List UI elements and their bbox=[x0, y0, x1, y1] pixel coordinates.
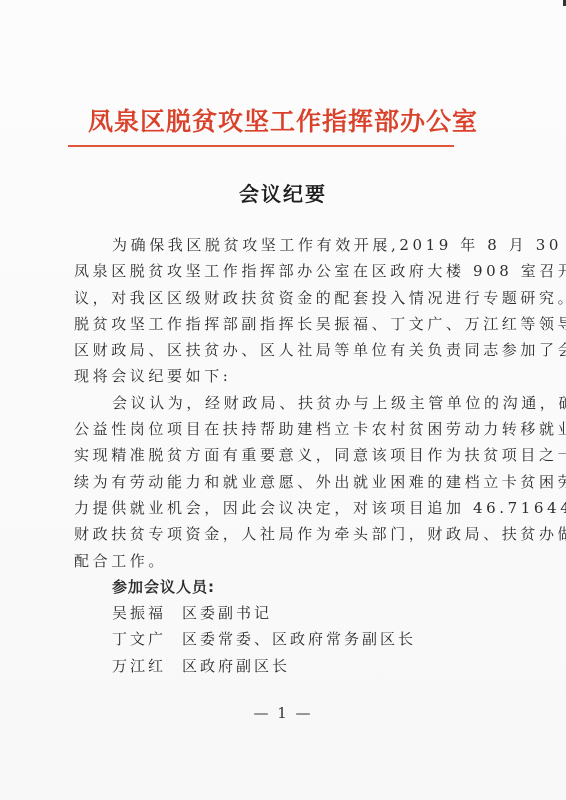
document-page: 凤泉区脱贫攻坚工作指挥部办公室 会议纪要 为确保我区脱贫攻坚工作有效开展,201… bbox=[0, 0, 566, 800]
attendee-row: 丁文广 区委常委、区政府常务副区长 bbox=[74, 626, 494, 652]
attendee-name: 万江红 bbox=[112, 653, 182, 679]
attendee-role: 区委常委、区政府常务副区长 bbox=[182, 626, 416, 652]
body-line: 财政扶贫专项资金，人社局作为牵头部门，财政局、扶贫办做好 bbox=[74, 521, 494, 547]
page-number: — 1 — bbox=[0, 704, 566, 722]
attendee-row: 吴振福 区委副书记 bbox=[74, 600, 494, 626]
attendee-role: 区委副书记 bbox=[182, 600, 272, 626]
attendees-label: 参加会议人员: bbox=[112, 578, 215, 596]
attendee-name: 吴振福 bbox=[112, 600, 182, 626]
body-line: 配合工作。 bbox=[74, 548, 494, 574]
attendee-list: 吴振福 区委副书记 丁文广 区委常委、区政府常务副区长 万江红 区政府副区长 bbox=[74, 600, 494, 679]
body-line: 区财政局、区扶贫办、区人社局等单位有关负责同志参加了会议。 bbox=[74, 337, 494, 363]
body-line: 凤泉区脱贫攻坚工作指挥部办公室在区政府大楼 908 室召开会 bbox=[74, 258, 494, 284]
body-line: 公益性岗位项目在扶持帮助建档立卡农村贫困劳动力转移就业， bbox=[74, 416, 494, 442]
attendees-heading: 参加会议人员: bbox=[74, 574, 494, 600]
body-line: 续为有劳动能力和就业意愿、外出就业困难的建档立卡贫困劳动 bbox=[74, 469, 494, 495]
document-body: 为确保我区脱贫攻坚工作有效开展,2019 年 8 月 30 日上午, 凤泉区脱贫… bbox=[74, 232, 494, 679]
body-line: 力提供就业机会，因此会议决定，对该项目追加 46.716445 万元 bbox=[74, 495, 494, 521]
paragraph-2: 会议认为，经财政局、扶贫办与上级主管单位的沟通，确定 公益性岗位项目在扶持帮助建… bbox=[74, 390, 494, 574]
attendee-row: 万江红 区政府副区长 bbox=[74, 653, 494, 679]
document-title: 会议纪要 bbox=[0, 178, 566, 207]
body-line: 为确保我区脱贫攻坚工作有效开展,2019 年 8 月 30 日上午, bbox=[74, 232, 494, 258]
body-line: 脱贫攻坚工作指挥部副指挥长吴振福、丁文广、万江红等领导及 bbox=[74, 311, 494, 337]
body-line: 实现精准脱贫方面有重要意义，同意该项目作为扶贫项目之一继 bbox=[74, 442, 494, 468]
paragraph-1: 为确保我区脱贫攻坚工作有效开展,2019 年 8 月 30 日上午, 凤泉区脱贫… bbox=[74, 232, 494, 390]
attendee-role: 区政府副区长 bbox=[182, 653, 290, 679]
body-line: 会议认为，经财政局、扶贫办与上级主管单位的沟通，确定 bbox=[74, 390, 494, 416]
body-line: 议，对我区区级财政扶贫资金的配套投入情况进行专题研究。区 bbox=[74, 285, 494, 311]
org-header: 凤泉区脱贫攻坚工作指挥部办公室 bbox=[0, 104, 566, 140]
header-red-rule bbox=[68, 145, 454, 147]
body-line: 现将会议纪要如下: bbox=[74, 363, 494, 389]
attendee-name: 丁文广 bbox=[112, 626, 182, 652]
